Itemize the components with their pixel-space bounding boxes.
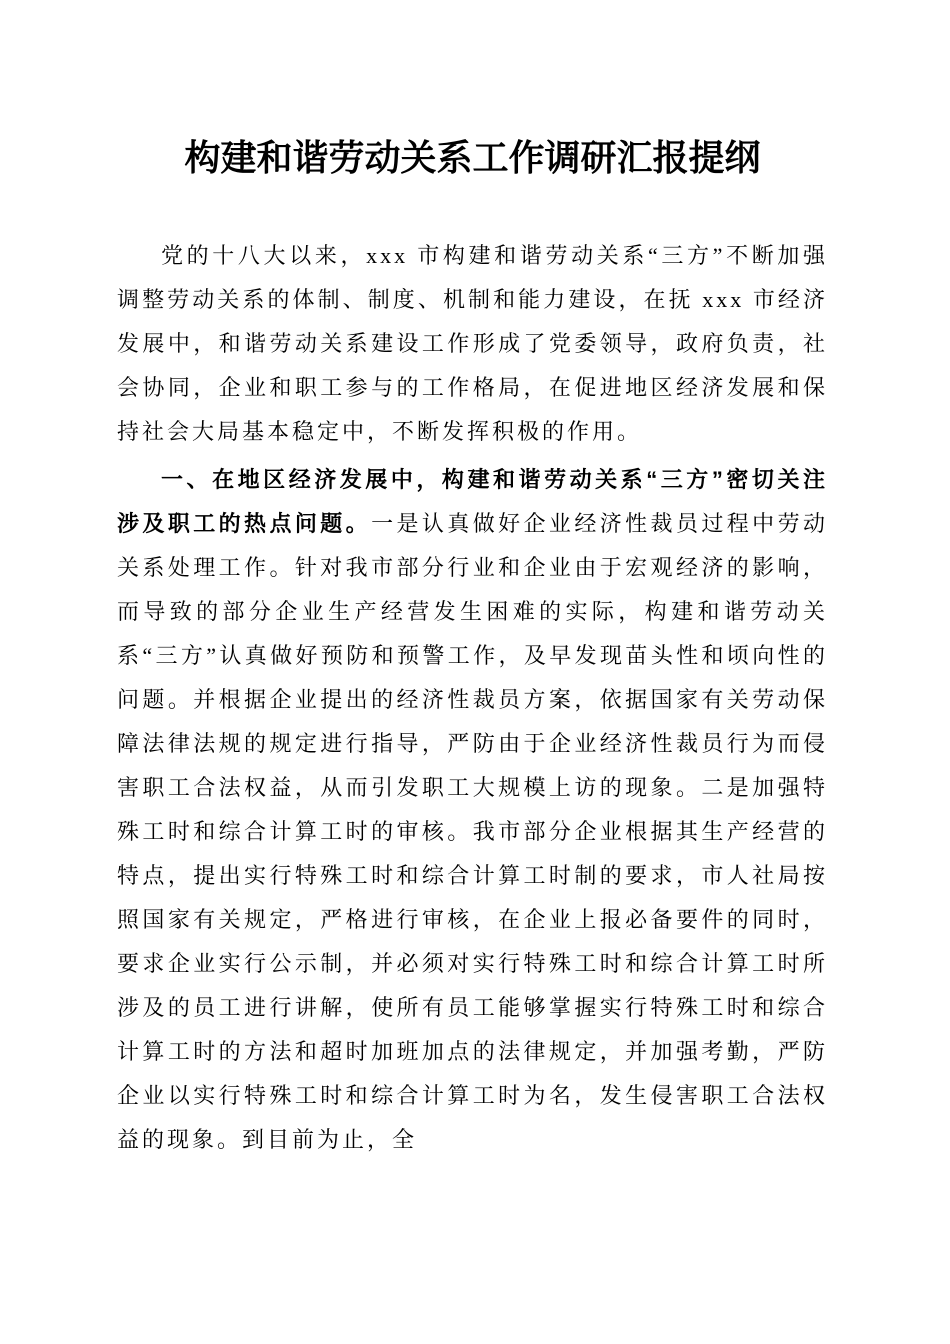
paragraph-section-1: 一、在地区经济发展中，构建和谐劳动关系“三方”密切关注涉及职工的热点问题。一是认… [117, 458, 828, 1162]
paragraph-intro: 党的十八大以来，xxx 市构建和谐劳动关系“三方”不断加强调整劳动关系的体制、制… [117, 234, 828, 454]
document-page: 构建和谐劳动关系工作调研汇报提纲 党的十八大以来，xxx 市构建和谐劳动关系“三… [0, 0, 950, 1344]
paragraph-intro-text: 党的十八大以来，xxx 市构建和谐劳动关系“三方”不断加强调整劳动关系的体制、制… [117, 243, 828, 444]
document-title: 构建和谐劳动关系工作调研汇报提纲 [117, 136, 828, 180]
paragraph-section-1-text: 一是认真做好企业经济性裁员过程中劳动关系处理工作。针对我市部分行业和企业由于宏观… [117, 511, 828, 1152]
